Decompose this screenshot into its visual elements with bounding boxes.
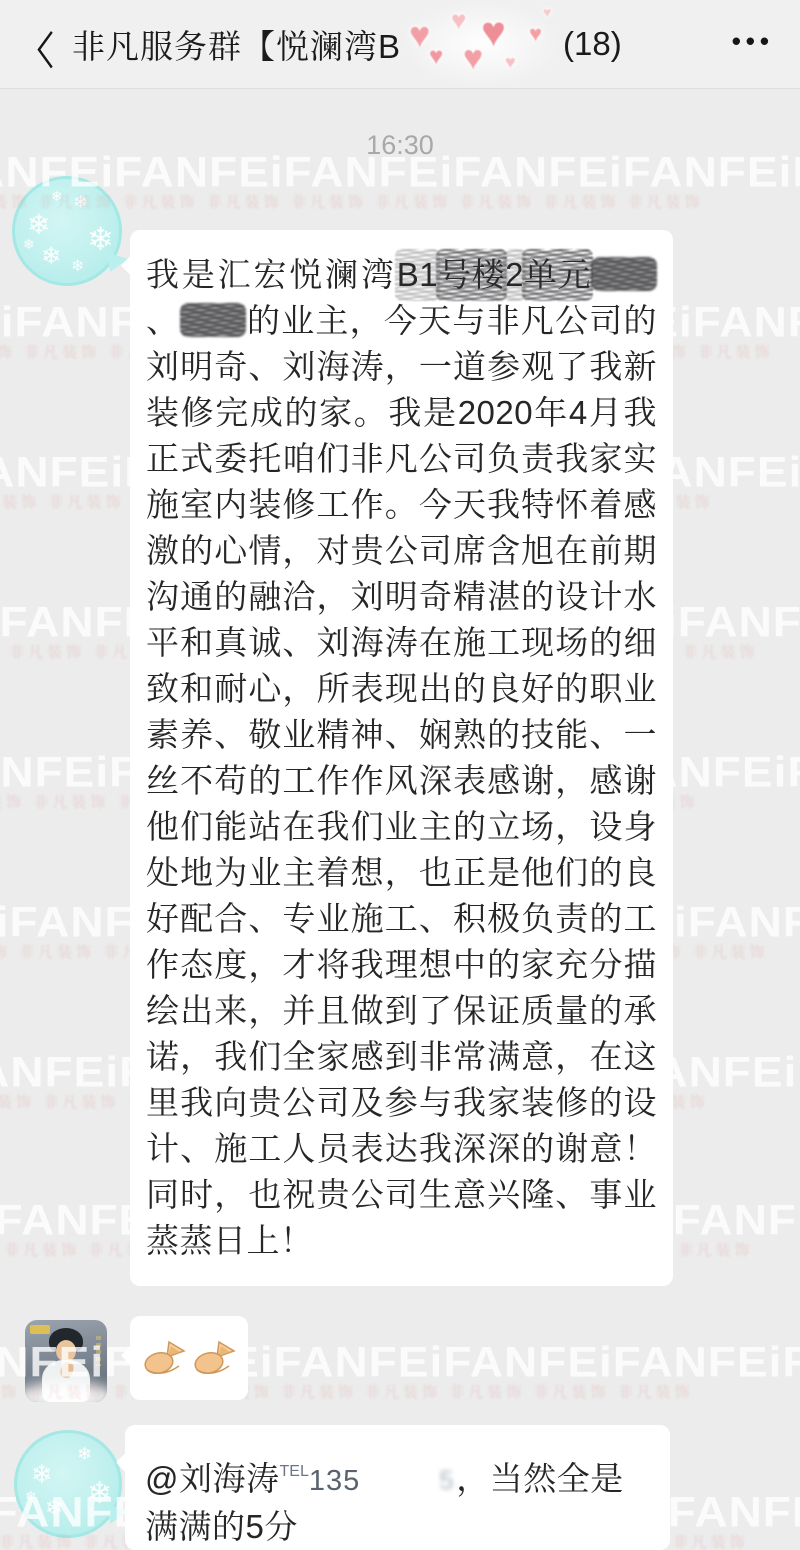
snowflake-icon: ❄ — [27, 211, 50, 239]
avatar-snowflake[interactable]: ❄ ❄ ❄ ❄ ❄ — [14, 1430, 122, 1538]
message-text: 、 — [146, 302, 180, 339]
snowflake-icon: ❄ — [45, 1497, 63, 1519]
heart-icon: ♥ — [429, 45, 443, 69]
chat-title-wrap: 非凡服务群【悦澜湾B ♥ ♥ ♥ ♥ ♥ ♥ ♥ ♥ (18) — [72, 0, 622, 88]
scribbled-text: B1 — [397, 252, 438, 298]
redaction-scribble — [180, 303, 246, 337]
heart-icon: ♥ — [451, 7, 466, 33]
fist-palm-salute-emoji — [142, 1339, 186, 1377]
hearts-sticker: ♥ ♥ ♥ ♥ ♥ ♥ ♥ ♥ — [403, 1, 561, 87]
watermark-text: FEiFANFEiFANFEiFANFEiFANFEiFANFEiFAN — [0, 1342, 800, 1382]
wechat-group-chat-screen: FEiFANFEiFANFEiFANFEiFANFEiFANFEiFAN 非凡装… — [0, 0, 800, 1550]
message-bubble-emoji — [130, 1316, 248, 1400]
snowflake-icon: ❄ — [41, 245, 61, 269]
redaction-scribble — [591, 257, 657, 291]
avatar-snowflake[interactable]: ❄ ❄ ❄ ❄ ❄ ❄ ❄ — [12, 176, 122, 286]
avatar-photo-sidetext — [96, 1336, 101, 1366]
snowflake-icon: ❄ — [25, 1489, 37, 1503]
fist-palm-salute-emoji — [192, 1339, 236, 1377]
heart-icon: ♥ — [529, 23, 542, 45]
tel-number-visible: 135 — [309, 1465, 360, 1497]
watermark-subtext: 非凡装饰 非凡装饰 非凡装饰 非凡装饰 非凡装饰 非凡装饰 非凡装饰 非凡装饰 … — [0, 1385, 800, 1400]
chat-header: 〈 非凡服务群【悦澜湾B ♥ ♥ ♥ ♥ ♥ ♥ ♥ ♥ (18) ••• — [0, 0, 800, 89]
mention-text[interactable]: @刘海涛 — [145, 1460, 280, 1497]
message-text: 我是汇宏悦澜湾 — [146, 256, 397, 293]
member-count: (18) — [563, 25, 622, 63]
avatar-photo[interactable] — [25, 1320, 107, 1402]
scribbled-text: 单元 — [524, 252, 591, 298]
more-menu-icon[interactable]: ••• — [732, 26, 774, 57]
heart-icon: ♥ — [463, 41, 483, 75]
avatar-photo-haze — [25, 1382, 107, 1402]
heart-icon: ♥ — [505, 53, 516, 71]
snowflake-icon: ❄ — [23, 237, 35, 251]
snowflake-icon: ❄ — [51, 189, 63, 203]
message-bubble-review: 我是汇宏悦澜湾B1号楼2单元、的业主，今天与非凡公司的刘明奇、刘海涛，一道参观了… — [130, 230, 673, 1286]
bubble-tail — [121, 1345, 142, 1366]
heart-icon: ♥ — [481, 11, 506, 53]
snowflake-icon: ❄ — [71, 259, 84, 275]
snowflake-icon: ❄ — [31, 1461, 53, 1487]
snowflake-icon: ❄ — [77, 1445, 92, 1463]
heart-icon: ♥ — [409, 17, 430, 53]
snowflake-icon: ❄ — [73, 193, 88, 211]
back-icon[interactable]: 〈 — [21, 20, 53, 75]
tel-label: TEL — [280, 1463, 309, 1480]
avatar-photo-logo — [30, 1325, 50, 1334]
redacted-phone: 5 — [360, 1463, 456, 1493]
chat-title: 非凡服务群【悦澜湾B — [72, 21, 401, 68]
heart-icon: ♥ — [543, 5, 551, 19]
watermark-subtext: 非凡装饰 非凡装饰 非凡装饰 非凡装饰 非凡装饰 非凡装饰 非凡装饰 非凡装饰 … — [0, 195, 800, 210]
timestamp: 16:30 — [0, 130, 800, 161]
message-text: 的业主，今天与非凡公司的刘明奇、刘海涛，一道参观了我新装修完成的家。我是2020… — [146, 302, 657, 1259]
message-bubble-mention: @刘海涛TEL1355，当然全是满满的5分 — [125, 1425, 670, 1550]
scribbled-text: 号楼 — [438, 252, 505, 298]
avatar-photo-face — [56, 1340, 76, 1362]
snowflake-icon: ❄ — [87, 223, 114, 255]
